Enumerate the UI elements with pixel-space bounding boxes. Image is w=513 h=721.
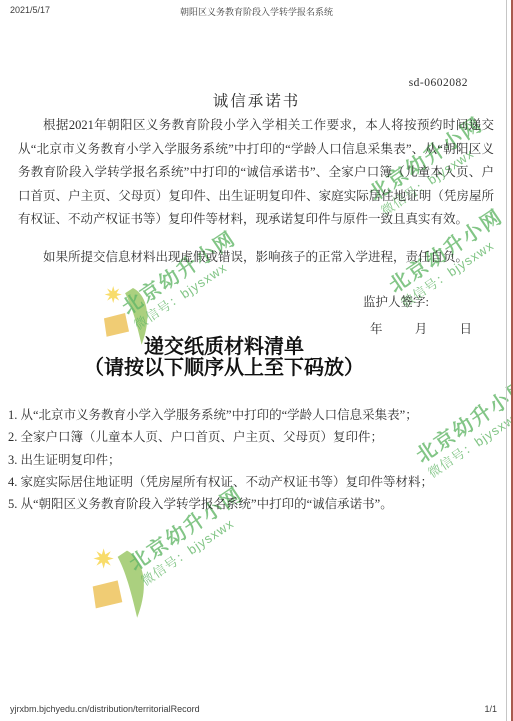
printed-page: 北京幼升小网 微信号：bjysxwx 北京幼升小网 微信号：bjysxwx 北京… — [0, 0, 513, 721]
checklist-item: 1. 从“北京市义务教育小学入学服务系统”中打印的“学龄人口信息采集表”； — [8, 404, 494, 426]
day-label: 日 — [459, 319, 472, 337]
signature-date-line: 年 月 日 — [300, 319, 492, 337]
print-footer-url: yjrxbm.bjchyedu.cn/distribution/territor… — [10, 704, 200, 714]
month-label: 月 — [415, 319, 428, 337]
checklist-item: 3. 出生证明复印件； — [8, 449, 494, 471]
checklist-heading-line2: （请按以下顺序从上至下码放） — [0, 358, 448, 379]
checklist-item: 5. 从“朝阳区义务教育阶段入学转学报名系统”中打印的“诚信承诺书”。 — [8, 493, 494, 515]
checklist-item: 4. 家庭实际居住地证明（凭房屋所有权证、不动产权证书等）复印件等材料； — [8, 471, 494, 493]
checklist-heading: 递交纸质材料清单 （请按以下顺序从上至下码放） — [0, 337, 448, 379]
year-label: 年 — [370, 319, 383, 337]
guardian-signature-label: 监护人签字: — [300, 292, 492, 310]
print-header-title: 朝阳区义务教育阶段入学转学报名系统 — [0, 5, 513, 18]
window-edge-divider — [506, 0, 507, 721]
serial-number: sd-0602082 — [409, 77, 468, 89]
checklist: 1. 从“北京市义务教育小学入学服务系统”中打印的“学龄人口信息采集表”； 2.… — [8, 404, 494, 515]
checklist-item: 2. 全家户口簿（儿童本人页、户口首页、户主页、父母页）复印件； — [8, 426, 494, 448]
signature-block: 监护人签字: 年 月 日 — [300, 292, 492, 337]
document-title: 诚信承诺书 — [0, 89, 513, 111]
page-number: 1/1 — [484, 704, 497, 714]
checklist-heading-line1: 递交纸质材料清单 — [0, 337, 448, 358]
commitment-paragraph: 根据2021年朝阳区义务教育阶段小学入学相关工作要求，本人将按预约时间递交从“北… — [18, 114, 494, 232]
liability-paragraph: 如果所提交信息材料出现虚假或错误，影响孩子的正常入学进程，责任自负。 — [18, 246, 494, 270]
